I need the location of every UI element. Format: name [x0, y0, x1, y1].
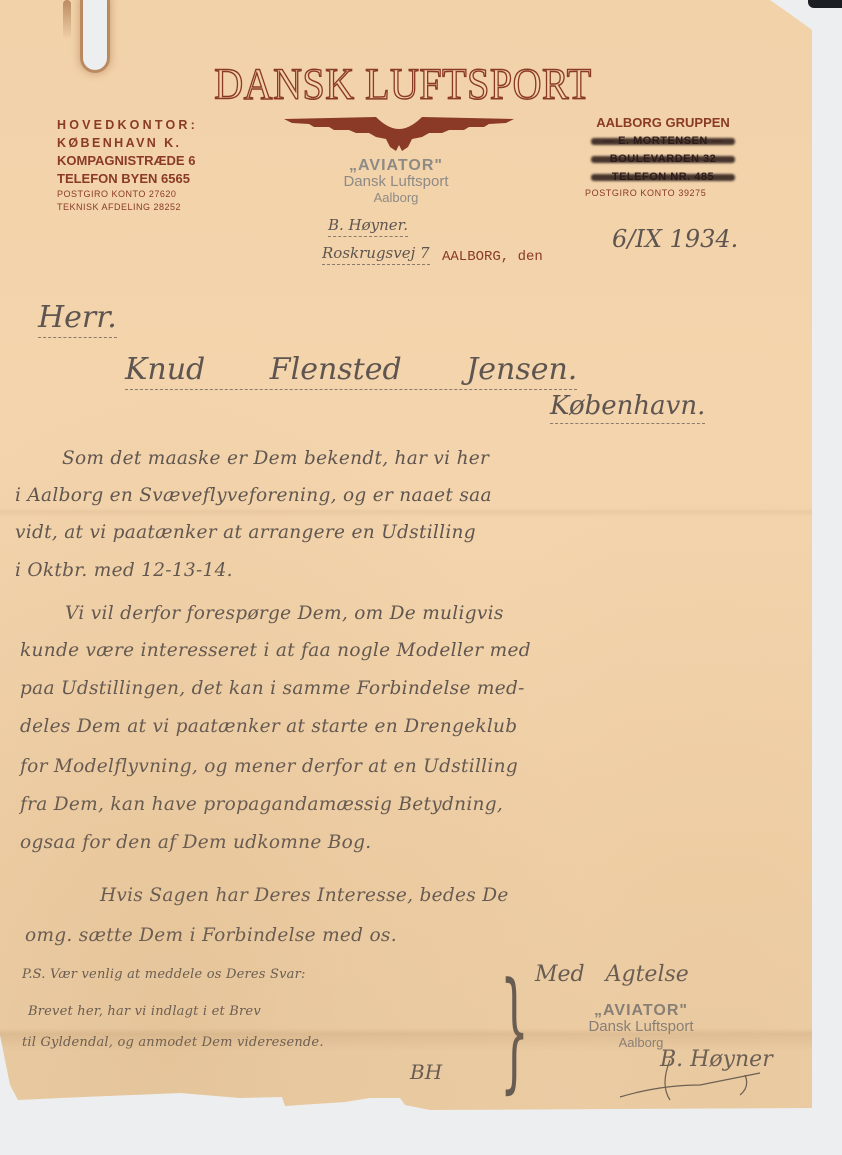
struck-street: BOULEVARDEN 32: [583, 150, 743, 168]
stamp-org: Dansk Luftsport: [560, 1019, 722, 1035]
body-line: i Oktbr. med 12-13-14.: [15, 560, 233, 581]
head-office-label: HOVEDKONTOR:: [57, 116, 198, 134]
body-line: fra Dem, kan have propagandamæssig Betyd…: [20, 794, 503, 815]
head-office-postgiro: POSTGIRO KONTO 27620: [57, 188, 198, 201]
struck-contact-name: — E. MORTENSEN —: [583, 132, 743, 150]
head-office-street: KOMPAGNISTRÆDE 6: [57, 152, 198, 170]
scanner-background: [808, 0, 842, 8]
body-line: vidt, at vi paatænker at arrangere en Ud…: [15, 522, 476, 543]
body-line: Hvis Sagen har Deres Interesse, bedes De: [100, 885, 509, 906]
group-postgiro: POSTGIRO KONTO 39275: [583, 186, 743, 200]
postscript-initials: BH: [410, 1060, 442, 1084]
aviator-stamp-header: „AVIATOR" Dansk Luftsport Aalborg: [320, 157, 472, 205]
signature-flourish: [600, 1055, 800, 1105]
technical-department: TEKNISK AFDELING 28252: [57, 201, 198, 214]
stamp-org: Dansk Luftsport: [320, 174, 472, 190]
stamp-title: „AVIATOR": [320, 157, 472, 174]
recipient-city: København.: [550, 391, 705, 424]
rust-stain: [63, 0, 71, 40]
head-office-city: KØBENHAVN K.: [57, 134, 198, 152]
recipient-name: Knud Flensted Jensen.: [125, 352, 577, 390]
brand-title: DANSK LUFTSPORT: [158, 57, 648, 110]
head-office-phone: TELEFON BYEN 6565: [57, 170, 198, 188]
postscript-line: til Gyldendal, og anmodet Dem videresend…: [22, 1035, 324, 1050]
sender-street: Roskrugsvej 7: [322, 244, 430, 265]
aalborg-group-block: AALBORG GRUPPEN — E. MORTENSEN — BOULEVA…: [583, 114, 743, 200]
body-line: Som det maaske er Dem bekendt, har vi he…: [62, 448, 489, 469]
brace-divider: }: [500, 965, 529, 1095]
salutation: Herr.: [38, 300, 117, 338]
body-line: Vi vil derfor forespørge Dem, om De muli…: [65, 603, 504, 624]
body-line: i Aalborg en Svæveflyveforening, og er n…: [15, 485, 492, 506]
body-line: deles Dem at vi paatænker at starte en D…: [20, 716, 517, 737]
dateline-typed: AALBORG, den: [442, 249, 543, 265]
body-line: omg. sætte Dem i Forbindelse med os.: [25, 925, 397, 946]
head-office-block: HOVEDKONTOR: KØBENHAVN K. KOMPAGNISTRÆDE…: [57, 116, 198, 214]
punch-hole: [83, 0, 107, 70]
stamp-title: „AVIATOR": [560, 1002, 722, 1019]
dateline-handwritten: 6/IX 1934.: [612, 225, 738, 253]
postscript-line: P.S. Vær venlig at meddele os Deres Svar…: [22, 967, 306, 982]
aviator-stamp-footer: „AVIATOR" Dansk Luftsport Aalborg: [560, 1002, 722, 1050]
body-line: kunde være interesseret i at faa nogle M…: [20, 640, 531, 661]
body-line: paa Udstillingen, det kan i samme Forbin…: [20, 678, 525, 699]
body-line: for Modelflyvning, og mener derfor at en…: [20, 756, 518, 777]
postscript-line: Brevet her, har vi indlagt i et Brev: [28, 1004, 261, 1019]
stamp-city: Aalborg: [320, 190, 472, 205]
winged-eagle-icon: [284, 115, 514, 151]
closing-greeting: Med Agtelse: [535, 962, 689, 987]
body-line: ogsaa for den af Dem udkomne Bog.: [20, 832, 371, 853]
group-name: AALBORG GRUPPEN: [583, 114, 743, 132]
sender-name: B. Høyner.: [328, 216, 408, 237]
letter-sheet: DANSK LUFTSPORT HOVEDKONTOR: KØBENHAVN K…: [0, 0, 842, 1155]
struck-phone: TELEFON NR. 485: [583, 168, 743, 186]
